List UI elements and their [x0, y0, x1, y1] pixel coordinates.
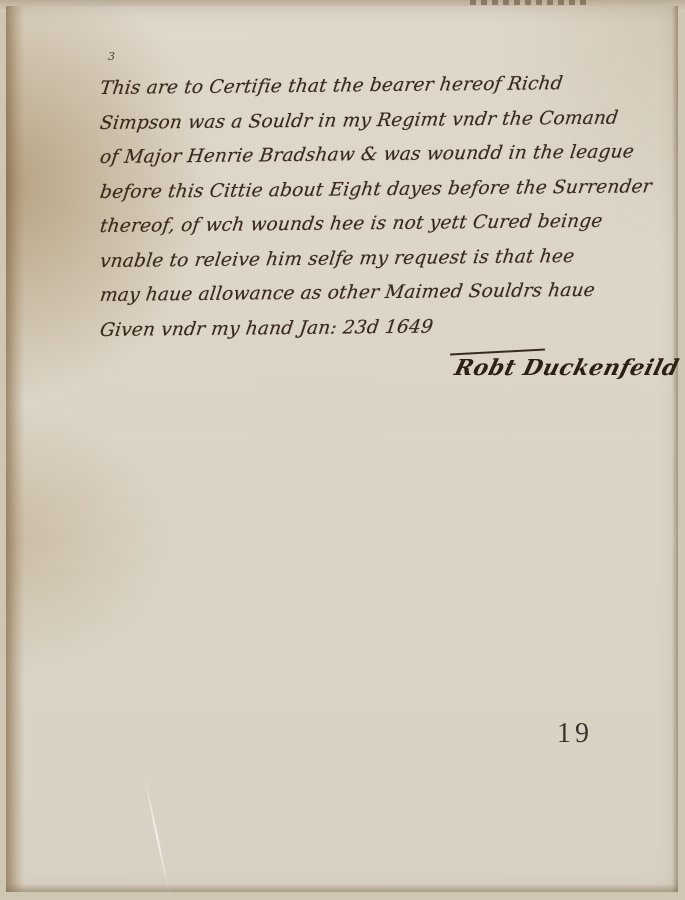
corner-mark: 3 [108, 50, 115, 63]
text-line-3: of Major Henrie Bradshaw & was woundd in… [98, 135, 683, 176]
signature: Robt Duckenfeild [452, 355, 682, 381]
paper-crease [144, 777, 171, 895]
document-scan: 3 This are to Certifie that the bearer h… [0, 0, 685, 900]
text-line-7: may haue allowance as other Maimed Sould… [98, 273, 683, 314]
text-line-8: Given vndr my hand Jan: 23d 1649 [98, 307, 683, 348]
certificate-text: This are to Certifie that the bearer her… [100, 72, 680, 348]
page-number: 19 [557, 718, 593, 750]
stained-left-edge [6, 6, 24, 892]
text-line-5: thereof, of wch wounds hee is not yett C… [98, 204, 683, 245]
bottom-edge-shadow [6, 884, 678, 892]
ink-bleed [470, 0, 590, 5]
signature-block: Robt Duckenfeild [455, 355, 685, 381]
text-line-1: This are to Certifie that the bearer her… [98, 66, 683, 107]
